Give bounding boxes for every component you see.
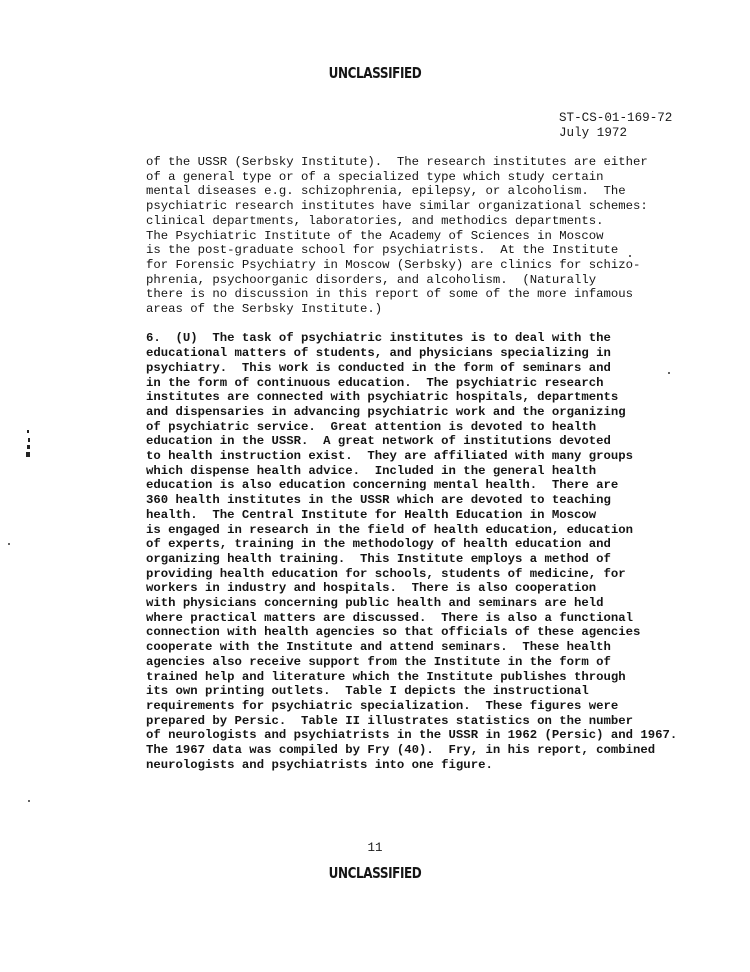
text-line: cooperate with the Institute and attend … [146, 640, 726, 655]
text-line: institutes are connected with psychiatri… [146, 390, 726, 405]
classification-header: UNCLASSIFIED [75, 64, 675, 82]
text-line: psychiatric research institutes have sim… [146, 199, 726, 214]
text-line: with physicians concerning public health… [146, 596, 726, 611]
text-line: for Forensic Psychiatry in Moscow (Serbs… [146, 258, 726, 273]
text-line: prepared by Persic. Table II illustrates… [146, 714, 726, 729]
scan-speck [629, 255, 631, 257]
text-line: its own printing outlets. Table I depict… [146, 684, 726, 699]
body-text: of the USSR (Serbsky Institute). The res… [146, 155, 726, 773]
scan-speck [668, 372, 670, 374]
text-line: health. The Central Institute for Health… [146, 508, 726, 523]
scan-artifact-mark [25, 430, 31, 460]
text-line: 360 health institutes in the USSR which … [146, 493, 726, 508]
text-line: and dispensaries in advancing psychiatri… [146, 405, 726, 420]
text-line: to health instruction exist. They are af… [146, 449, 726, 464]
document-date: July 1972 [559, 126, 672, 141]
classification-footer: UNCLASSIFIED [75, 864, 675, 882]
scan-speck [8, 543, 10, 545]
text-line: workers in industry and hospitals. There… [146, 581, 726, 596]
text-line: The Psychiatric Institute of the Academy… [146, 229, 726, 244]
text-line: of the USSR (Serbsky Institute). The res… [146, 155, 726, 170]
text-line: education is also education concerning m… [146, 478, 726, 493]
text-line: trained help and literature which the In… [146, 670, 726, 685]
text-line: connection with health agencies so that … [146, 625, 726, 640]
text-line: is the post-graduate school for psychiat… [146, 243, 726, 258]
document-page: UNCLASSIFIED ST-CS-01-169-72 July 1972 o… [0, 0, 750, 972]
text-line: of experts, training in the methodology … [146, 537, 726, 552]
scan-speck [28, 800, 30, 802]
text-line: areas of the Serbsky Institute.) [146, 302, 726, 317]
text-line: of a general type or of a specialized ty… [146, 170, 726, 185]
text-line: is engaged in research in the field of h… [146, 523, 726, 538]
text-line: requirements for psychiatric specializat… [146, 699, 726, 714]
text-line: agencies also receive support from the I… [146, 655, 726, 670]
paragraph-continued: of the USSR (Serbsky Institute). The res… [146, 155, 726, 317]
text-line: The 1967 data was compiled by Fry (40). … [146, 743, 726, 758]
text-line: providing health education for schools, … [146, 567, 726, 582]
text-line: there is no discussion in this report of… [146, 287, 726, 302]
reference-number: ST-CS-01-169-72 [559, 111, 672, 126]
text-line: mental diseases e.g. schizophrenia, epil… [146, 184, 726, 199]
text-line: phrenia, psychoorganic disorders, and al… [146, 273, 726, 288]
text-line: education in the USSR. A great network o… [146, 434, 726, 449]
text-line: of psychiatric service. Great attention … [146, 420, 726, 435]
paragraph-6: 6. (U) The task of psychiatric institute… [146, 331, 726, 772]
document-reference-block: ST-CS-01-169-72 July 1972 [559, 111, 672, 141]
text-line: of neurologists and psychiatrists in the… [146, 728, 726, 743]
text-line: educational matters of students, and phy… [146, 346, 726, 361]
text-line: which dispense health advice. Included i… [146, 464, 726, 479]
text-line: 6. (U) The task of psychiatric institute… [146, 331, 726, 346]
page-number: 11 [0, 841, 750, 855]
text-line: where practical matters are discussed. T… [146, 611, 726, 626]
text-line: psychiatry. This work is conducted in th… [146, 361, 726, 376]
text-line: in the form of continuous education. The… [146, 376, 726, 391]
text-line: organizing health training. This Institu… [146, 552, 726, 567]
text-line: neurologists and psychiatrists into one … [146, 758, 726, 773]
text-line: clinical departments, laboratories, and … [146, 214, 726, 229]
